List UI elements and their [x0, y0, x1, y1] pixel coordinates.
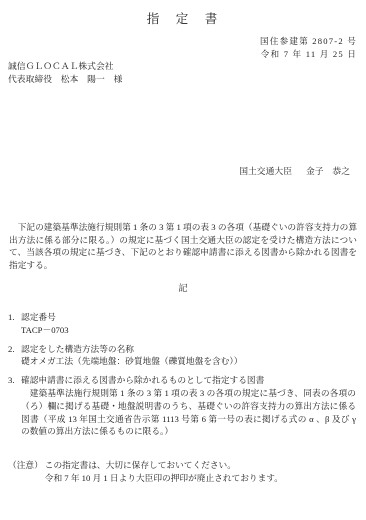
item-heading-row: 2. 認定をした構造方法等の名称 — [8, 343, 356, 356]
item-detail: 建築基準法施行規則第 1 条の 3 第 1 項の表 3 の各項の規定に基づき、同… — [8, 387, 356, 438]
designation-document-page: 指 定 書 国住参建第 2807-2 号 令和 7 年 11 月 25 日 誠信… — [0, 0, 366, 520]
item-number: 2. — [8, 343, 21, 356]
item-detail: 礎オメガ工法（先端地盤：砂質地盤（礫質地盤を含む）） — [8, 355, 356, 368]
item-heading: 認定番号 — [21, 311, 56, 324]
item-number: 1. — [8, 311, 21, 324]
body-paragraph: 下記の建築基準法施行規則第 1 条の 3 第 1 項の表 3 の各項（基礎ぐいの… — [9, 221, 357, 271]
item-heading: 確認申請書に添える図書から除かれるものとして指定する図書 — [21, 374, 264, 387]
issuer-name: 金子 恭之 — [306, 166, 350, 176]
list-item-structural-method-name: 2. 認定をした構造方法等の名称 礎オメガ工法（先端地盤：砂質地盤（礫質地盤を含… — [8, 343, 356, 369]
addressee-company: 誠信ＧＬＯＣＡＬ株式会社 — [8, 60, 122, 73]
document-date: 令和 7 年 11 月 25 日 — [260, 48, 357, 61]
issuer-signature: 国土交通大臣金子 恭之 — [239, 164, 350, 177]
list-item-certification-number: 1. 認定番号 TACP－0703 — [8, 311, 356, 337]
caution-label: （注意） — [8, 459, 43, 485]
addressee-block: 誠信ＧＬＯＣＡＬ株式会社 代表取締役 松本 陽一 様 — [8, 60, 122, 85]
issuer-title: 国土交通大臣 — [239, 166, 292, 176]
item-heading-row: 3. 確認申請書に添える図書から除かれるものとして指定する図書 — [8, 374, 356, 387]
caution-line: 令和 7 年 10 月 1 日より大臣印の押印が廃止されております。 — [45, 472, 356, 485]
item-number: 3. — [8, 374, 21, 387]
list-item-excluded-documents: 3. 確認申請書に添える図書から除かれるものとして指定する図書 建築基準法施行規… — [8, 374, 356, 438]
caution-note: （注意） この指定書は、大切に保存しておいてください。 令和 7 年 10 月 … — [8, 459, 356, 485]
caution-line: この指定書は、大切に保存しておいてください。 — [45, 459, 356, 472]
document-number: 国住参建第 2807-2 号 — [260, 35, 357, 48]
caution-lines: この指定書は、大切に保存しておいてください。 令和 7 年 10 月 1 日より… — [45, 459, 356, 485]
document-header-right: 国住参建第 2807-2 号 令和 7 年 11 月 25 日 — [260, 35, 357, 61]
item-heading: 認定をした構造方法等の名称 — [21, 343, 134, 356]
items-list: 1. 認定番号 TACP－0703 2. 認定をした構造方法等の名称 礎オメガ工… — [8, 311, 356, 444]
item-heading-row: 1. 認定番号 — [8, 311, 356, 324]
item-detail: TACP－0703 — [8, 324, 356, 337]
document-title: 指 定 書 — [0, 9, 366, 27]
record-marker: 記 — [0, 280, 366, 294]
addressee-representative: 代表取締役 松本 陽一 様 — [8, 73, 122, 86]
